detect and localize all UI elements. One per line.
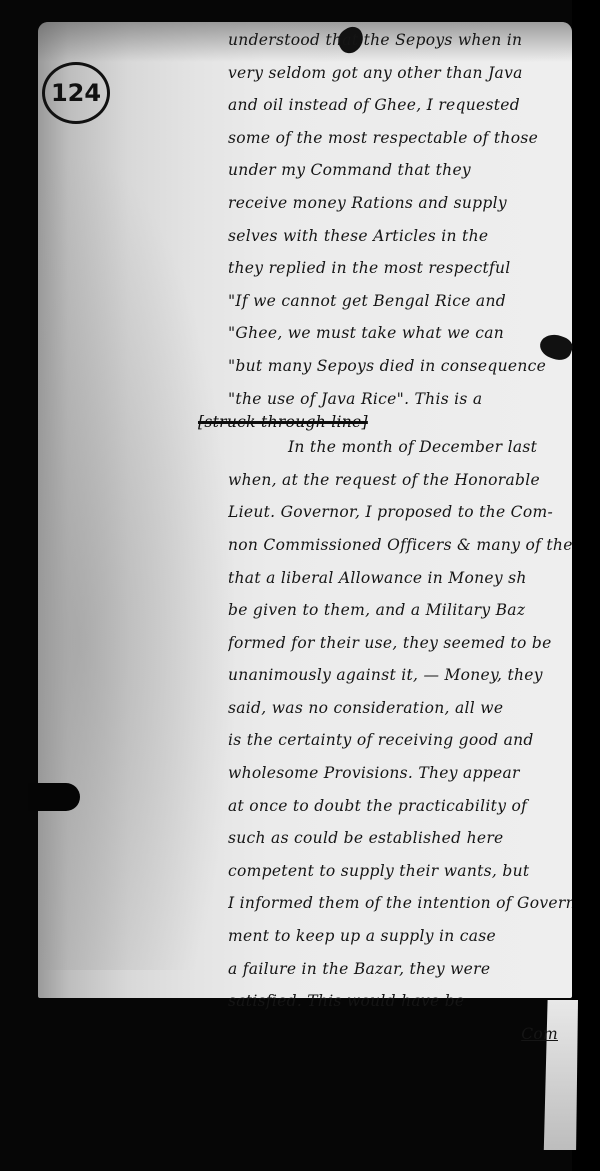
text-line: they replied in the most respectful — [228, 252, 572, 285]
text-line: formed for their use, they seemed to be — [228, 627, 572, 660]
text-line: "If we cannot get Bengal Rice and — [228, 285, 572, 318]
catchword: Com — [228, 1018, 572, 1051]
struck-line: [struck-through line] — [198, 415, 572, 431]
text-line: that a liberal Allowance in Money sh — [228, 562, 572, 595]
text-line: non Commissioned Officers & many of the — [228, 529, 572, 562]
scan-border-right — [572, 0, 600, 1171]
text-line: such as could be established here — [228, 822, 572, 855]
text-line: selves with these Articles in the — [228, 220, 572, 253]
folio-number-circled: 124 — [42, 62, 110, 124]
text-line: "the use of Java Rice". This is a — [228, 383, 572, 416]
text-line: very seldom got any other than Java — [228, 57, 572, 90]
binding-clip — [28, 783, 80, 811]
text-line: a failure in the Bazar, they were — [228, 953, 572, 986]
text-line: In the month of December last — [228, 431, 572, 464]
text-line: satisfied. This would have be — [228, 985, 572, 1018]
text-line: unanimously against it, — Money, they — [228, 659, 572, 692]
text-line: receive money Rations and supply — [228, 187, 572, 220]
text-line: I informed them of the intention of Gove… — [228, 887, 572, 920]
text-line: "Ghee, we must take what we can — [228, 317, 572, 350]
text-line: said, was no consideration, all we — [228, 692, 572, 725]
text-line: and oil instead of Ghee, I requested — [228, 89, 572, 122]
text-line: wholesome Provisions. They appear — [228, 757, 572, 790]
text-line: ment to keep up a supply in case — [228, 920, 572, 953]
text-line: is the certainty of receiving good and — [228, 724, 572, 757]
text-line: when, at the request of the Honorable — [228, 464, 572, 497]
text-line: understood that the Sepoys when in — [228, 24, 572, 57]
folio-number: 124 — [51, 79, 101, 107]
text-line: some of the most respectable of those — [228, 122, 572, 155]
text-line: "but many Sepoys died in consequence — [228, 350, 572, 383]
text-line: under my Command that they — [228, 154, 572, 187]
text-line: at once to doubt the practicability of — [228, 790, 572, 823]
manuscript-text: understood that the Sepoys when in very … — [228, 24, 572, 1050]
text-line: be given to them, and a Military Baz — [228, 594, 572, 627]
text-line: Lieut. Governor, I proposed to the Com- — [228, 496, 572, 529]
text-line: competent to supply their wants, but — [228, 855, 572, 888]
